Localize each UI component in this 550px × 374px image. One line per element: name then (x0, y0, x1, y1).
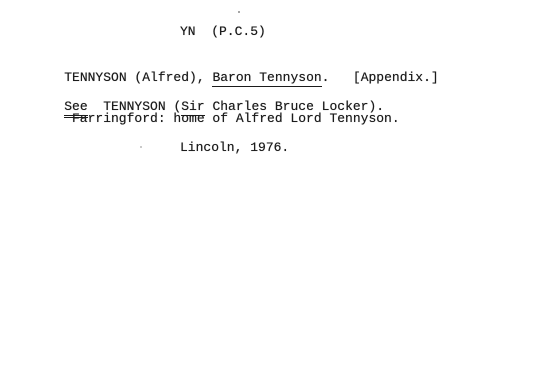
classmark-heading: YN (P.C.5) (180, 23, 266, 40)
work-title-line: Farringford: home of Alfred Lord Tennyso… (72, 110, 400, 127)
imprint-line: Lincoln, 1976. (180, 139, 289, 156)
scan-speck (140, 146, 142, 148)
catalog-card: YN (P.C.5) TENNYSON (Alfred), Baron Tenn… (0, 0, 550, 374)
scan-speck (238, 11, 240, 13)
